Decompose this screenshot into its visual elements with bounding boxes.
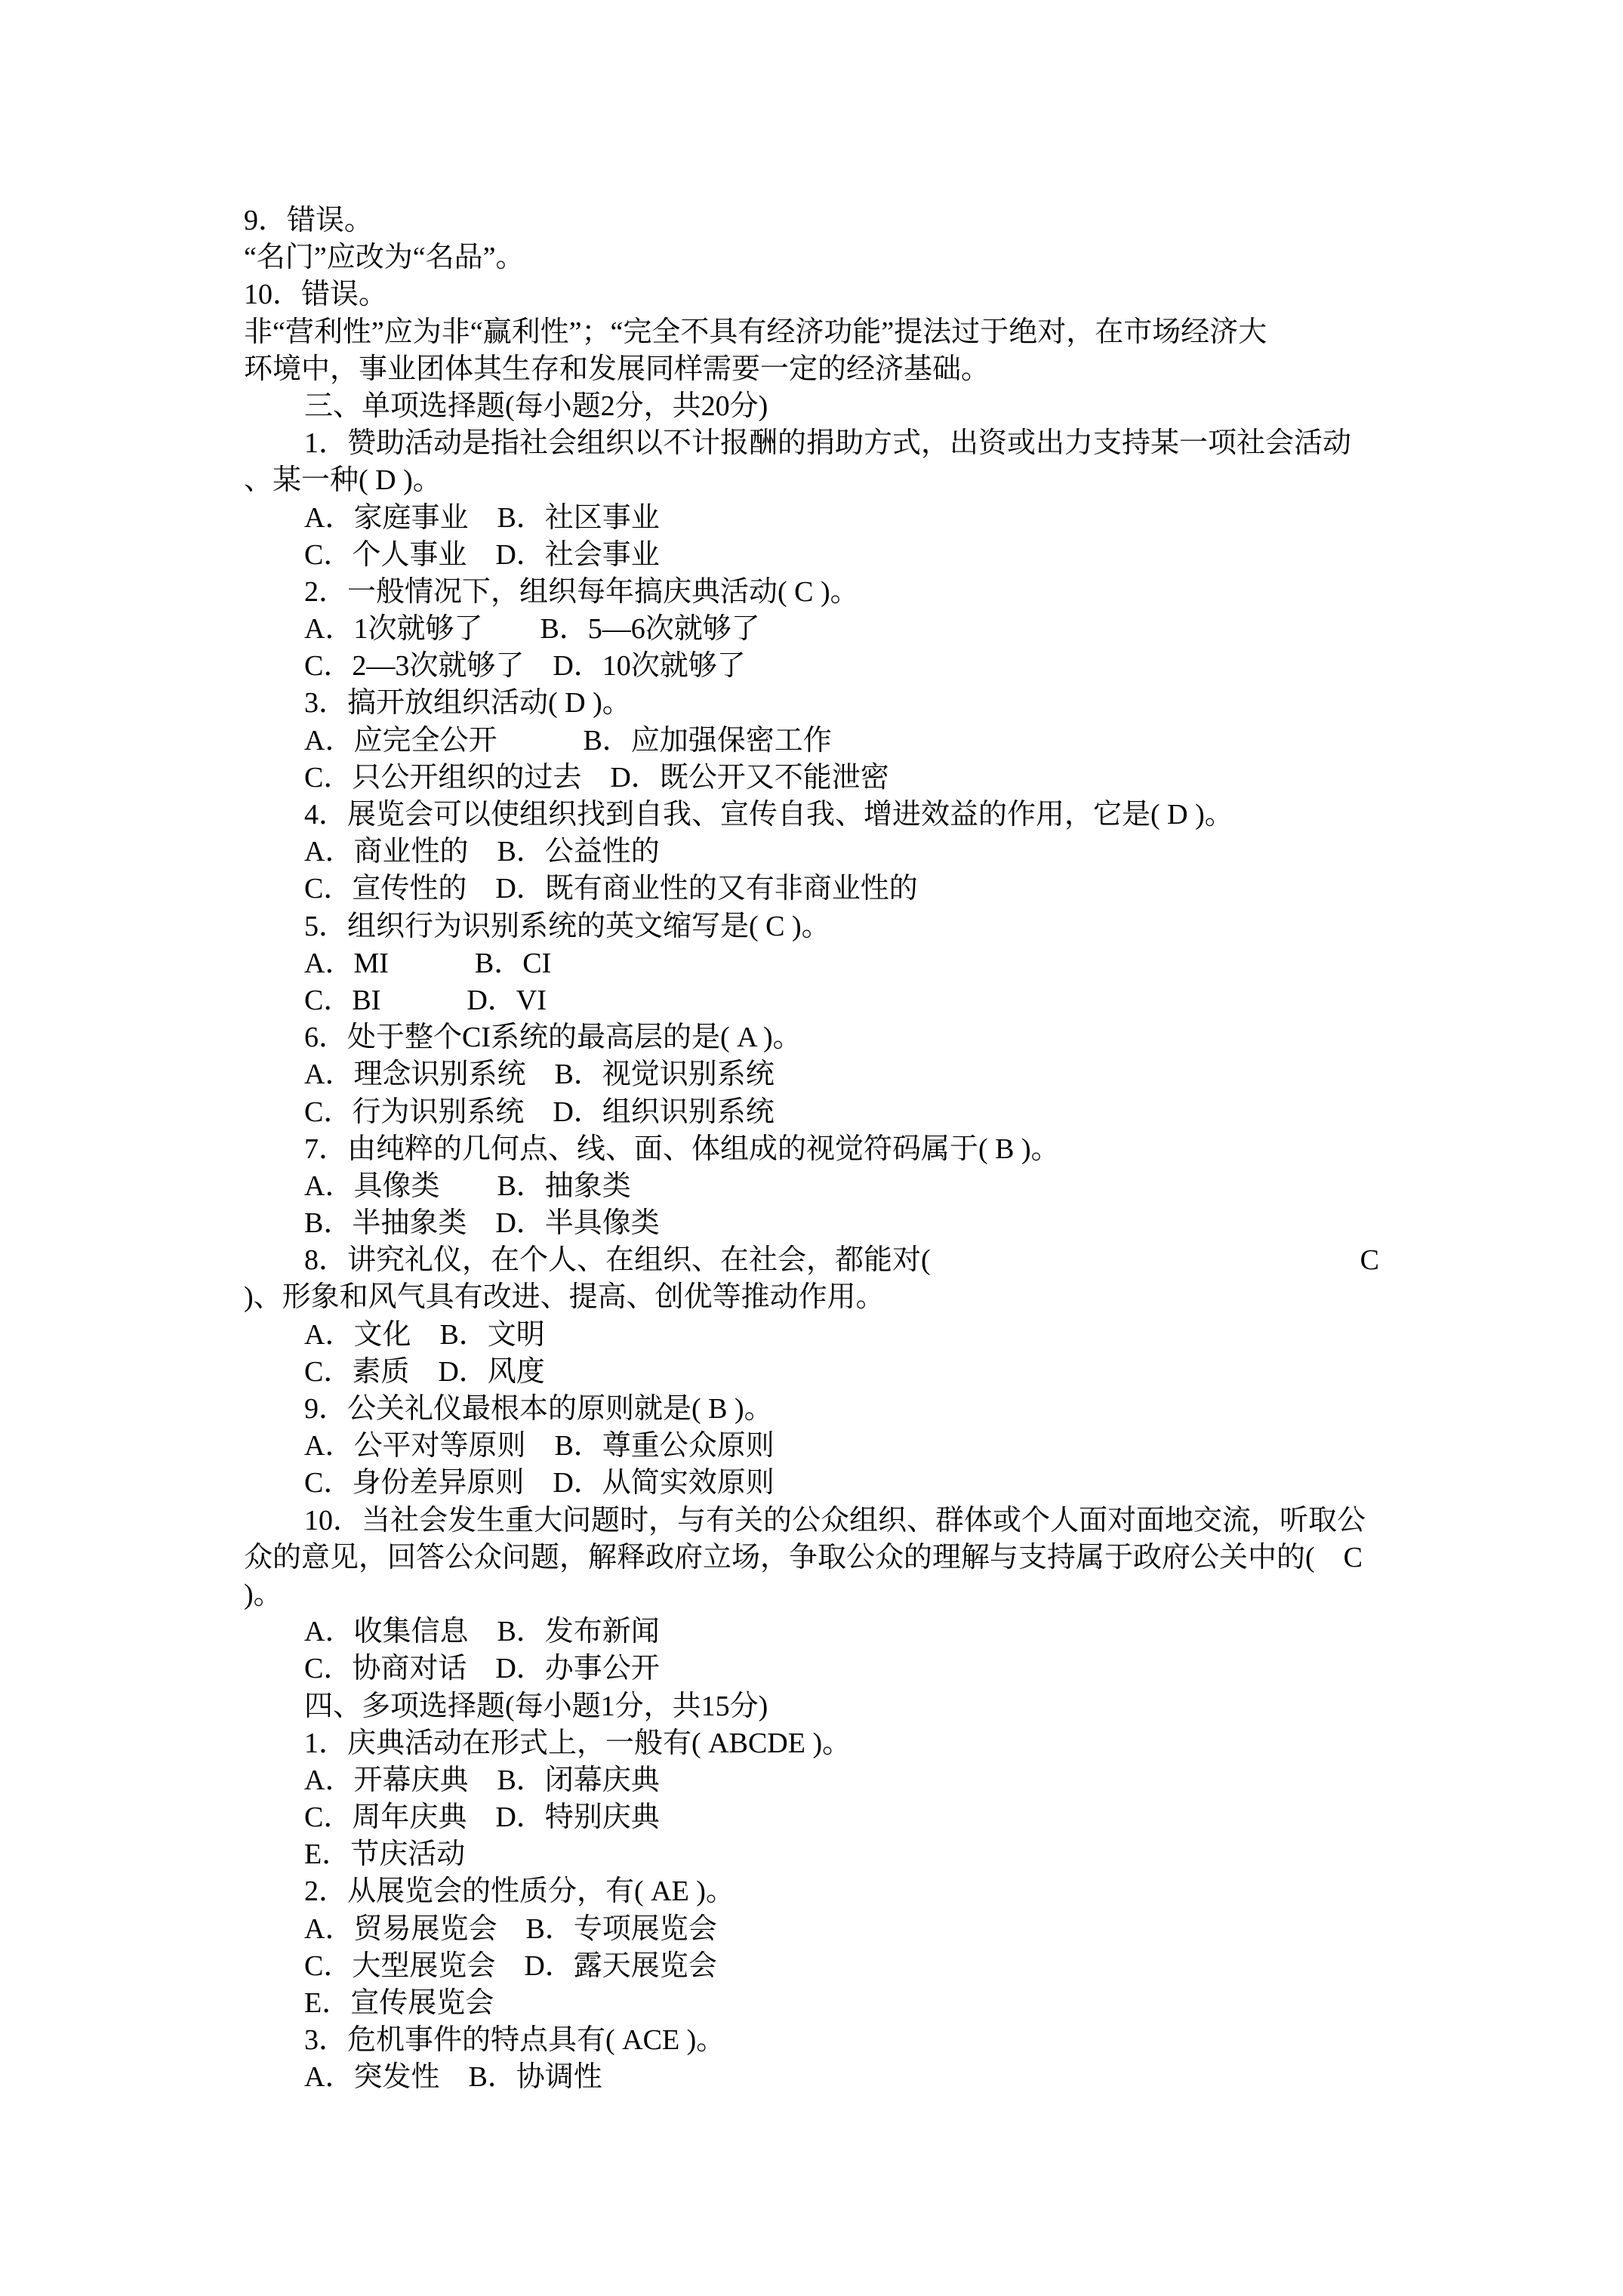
text-line: A．开幕庆典 B．闭幕庆典	[244, 1762, 1379, 1799]
text-line: )。	[244, 1576, 1379, 1613]
text-line: A．突发性 B．协调性	[244, 2059, 1379, 2096]
text-line: A．收集信息 B．发布新闻	[244, 1613, 1379, 1650]
text-line: A．家庭事业 B．社区事业	[244, 500, 1379, 537]
text-line: 10．错误。	[244, 276, 1379, 313]
line-text: 3．搞开放组织活动( D )。	[304, 685, 631, 722]
text-line: A．文化 B．文明	[244, 1317, 1379, 1354]
line-text: E．节庆活动	[304, 1836, 465, 1873]
text-line: 三、单项选择题(每小题2分，共20分)	[244, 388, 1379, 425]
text-line: 3．搞开放组织活动( D )。	[244, 685, 1379, 722]
text-line: 9．公关礼仪最根本的原则就是( B )。	[244, 1391, 1379, 1428]
text-line: C．行为识别系统 D．组织识别系统	[244, 1094, 1379, 1131]
line-text: 3．危机事件的特点具有( ACE )。	[304, 2022, 725, 2059]
text-line: 8．讲究礼仪，在个人、在组织、在社会，都能对(C	[244, 1242, 1379, 1279]
text-line: E．节庆活动	[244, 1836, 1379, 1873]
text-line: )、形象和风气具有改进、提高、创优等推动作用。	[244, 1279, 1379, 1316]
text-line: 四、多项选择题(每小题1分，共15分)	[244, 1688, 1379, 1725]
text-line: 7．由纯粹的几何点、线、面、体组成的视觉符码属于( B )。	[244, 1131, 1379, 1168]
line-text: A．公平对等原则 B．尊重公众原则	[304, 1428, 775, 1465]
line-text: 三、单项选择题(每小题2分，共20分)	[304, 388, 768, 425]
line-text: C．BI D．VI	[304, 982, 547, 1019]
text-line: B．半抽象类 D．半具像类	[244, 1205, 1379, 1242]
line-text: 7．由纯粹的几何点、线、面、体组成的视觉符码属于( B )。	[304, 1131, 1060, 1168]
text-line: A．具像类 B．抽象类	[244, 1168, 1379, 1205]
text-line: “名门”应改为“名品”。	[244, 239, 1379, 276]
line-text: C．身份差异原则 D．从简实效原则	[304, 1465, 775, 1502]
text-line: 众的意见，回答公众问题，解释政府立场，争取公众的理解与支持属于政府公关中的( C	[244, 1539, 1379, 1576]
text-line: 6．处于整个CI系统的最高层的是( A )。	[244, 1019, 1379, 1056]
text-line: 10．当社会发生重大问题时，与有关的公众组织、群体或个人面对面地交流，听取公	[244, 1502, 1379, 1539]
text-line: 2．一般情况下，组织每年搞庆典活动( C )。	[244, 574, 1379, 611]
line-text: 众的意见，回答公众问题，解释政府立场，争取公众的理解与支持属于政府公关中的( C	[244, 1539, 1363, 1576]
line-text: C．宣传性的 D．既有商业性的又有非商业性的	[304, 871, 918, 908]
text-line: C．个人事业 D．社会事业	[244, 537, 1379, 574]
line-text: A．突发性 B．协调性	[304, 2059, 602, 2096]
document-page: 9．错误。“名门”应改为“名品”。10．错误。非“营利性”应为非“赢利性”；“完…	[0, 0, 1623, 2296]
text-line: A．1次就够了 B．5—6次就够了	[244, 611, 1379, 648]
answer-letter: C	[1360, 1242, 1379, 1279]
document-text-block: 9．错误。“名门”应改为“名品”。10．错误。非“营利性”应为非“赢利性”；“完…	[244, 202, 1379, 2097]
text-line: 3．危机事件的特点具有( ACE )。	[244, 2022, 1379, 2059]
text-line: C．BI D．VI	[244, 982, 1379, 1019]
text-line: 非“营利性”应为非“赢利性”；“完全不具有经济功能”提法过于绝对，在市场经济大	[244, 314, 1379, 351]
line-text: A．家庭事业 B．社区事业	[304, 500, 660, 537]
line-text: 10．当社会发生重大问题时，与有关的公众组织、群体或个人面对面地交流，听取公	[304, 1502, 1366, 1539]
line-text: 、某一种( D )。	[244, 462, 442, 499]
text-line: 1．赞助活动是指社会组织以不计报酬的捐助方式，出资或出力支持某一项社会活动	[244, 425, 1379, 462]
line-text: C．只公开组织的过去 D．既公开又不能泄密	[304, 760, 889, 797]
line-text: C．个人事业 D．社会事业	[304, 537, 660, 574]
line-text: 5．组织行为识别系统的英文缩写是( C )。	[304, 908, 830, 945]
line-text: C．大型展览会 D．露天展览会	[304, 1948, 717, 1985]
line-text: 8．讲究礼仪，在个人、在组织、在社会，都能对(	[304, 1242, 931, 1279]
line-text: 6．处于整个CI系统的最高层的是( A )。	[304, 1019, 802, 1056]
line-text: “名门”应改为“名品”。	[244, 239, 524, 276]
text-line: 9．错误。	[244, 202, 1379, 239]
text-line: A．公平对等原则 B．尊重公众原则	[244, 1428, 1379, 1465]
text-line: C．2—3次就够了 D．10次就够了	[244, 648, 1379, 685]
line-text: A．商业性的 B．公益性的	[304, 834, 660, 871]
text-line: 、某一种( D )。	[244, 462, 1379, 499]
line-text: )、形象和风气具有改进、提高、创优等推动作用。	[244, 1279, 885, 1316]
text-line: 1．庆典活动在形式上，一般有( ABCDE )。	[244, 1725, 1379, 1762]
text-line: A．MI B．CI	[244, 945, 1379, 982]
line-text: C．2—3次就够了 D．10次就够了	[304, 648, 746, 685]
line-text: C．周年庆典 D．特别庆典	[304, 1799, 660, 1836]
line-text: 非“营利性”应为非“赢利性”；“完全不具有经济功能”提法过于绝对，在市场经济大	[244, 314, 1267, 351]
text-line: C．只公开组织的过去 D．既公开又不能泄密	[244, 760, 1379, 797]
text-line: C．周年庆典 D．特别庆典	[244, 1799, 1379, 1836]
text-line: A．商业性的 B．公益性的	[244, 834, 1379, 871]
line-text: 1．赞助活动是指社会组织以不计报酬的捐助方式，出资或出力支持某一项社会活动	[304, 425, 1351, 462]
line-text: C．协商对话 D．办事公开	[304, 1650, 660, 1687]
text-line: A．理念识别系统 B．视觉识别系统	[244, 1056, 1379, 1093]
line-text: 2．从展览会的性质分，有( AE )。	[304, 1873, 735, 1910]
text-line: 2．从展览会的性质分，有( AE )。	[244, 1873, 1379, 1910]
text-line: C．大型展览会 D．露天展览会	[244, 1948, 1379, 1985]
line-text: 四、多项选择题(每小题1分，共15分)	[304, 1688, 768, 1725]
line-text: 9．公关礼仪最根本的原则就是( B )。	[304, 1391, 773, 1428]
text-line: E．宣传展览会	[244, 1985, 1379, 2022]
line-text: A．贸易展览会 B．专项展览会	[304, 1911, 717, 1948]
line-text: C．素质 D．风度	[304, 1354, 545, 1391]
line-text: A．MI B．CI	[304, 945, 551, 982]
line-text: 4．展览会可以使组织找到自我、宣传自我、增进效益的作用，它是( D )。	[304, 797, 1233, 834]
text-line: 5．组织行为识别系统的英文缩写是( C )。	[244, 908, 1379, 945]
line-text: A．1次就够了 B．5—6次就够了	[304, 611, 760, 648]
line-text: 环境中，事业团体其生存和发展同样需要一定的经济基础。	[244, 351, 990, 388]
text-line: C．宣传性的 D．既有商业性的又有非商业性的	[244, 871, 1379, 908]
line-text: A．应完全公开 B．应加强保密工作	[304, 723, 832, 760]
line-text: 9．错误。	[244, 202, 373, 239]
text-line: 4．展览会可以使组织找到自我、宣传自我、增进效益的作用，它是( D )。	[244, 797, 1379, 834]
line-text: 1．庆典活动在形式上，一般有( ABCDE )。	[304, 1725, 851, 1762]
line-text: E．宣传展览会	[304, 1985, 494, 2022]
line-text: A．收集信息 B．发布新闻	[304, 1613, 660, 1650]
line-text: B．半抽象类 D．半具像类	[304, 1205, 660, 1242]
line-text: )。	[244, 1576, 282, 1613]
line-text: 10．错误。	[244, 276, 387, 313]
line-text: A．文化 B．文明	[304, 1317, 545, 1354]
text-line: 环境中，事业团体其生存和发展同样需要一定的经济基础。	[244, 351, 1379, 388]
line-text: C．行为识别系统 D．组织识别系统	[304, 1094, 775, 1131]
line-text: A．具像类 B．抽象类	[304, 1168, 631, 1205]
text-line: A．应完全公开 B．应加强保密工作	[244, 723, 1379, 760]
line-text: 2．一般情况下，组织每年搞庆典活动( C )。	[304, 574, 859, 611]
line-text: A．开幕庆典 B．闭幕庆典	[304, 1762, 660, 1799]
text-line: C．素质 D．风度	[244, 1354, 1379, 1391]
text-line: C．身份差异原则 D．从简实效原则	[244, 1465, 1379, 1502]
text-line: C．协商对话 D．办事公开	[244, 1650, 1379, 1687]
text-line: A．贸易展览会 B．专项展览会	[244, 1911, 1379, 1948]
line-text: A．理念识别系统 B．视觉识别系统	[304, 1056, 775, 1093]
